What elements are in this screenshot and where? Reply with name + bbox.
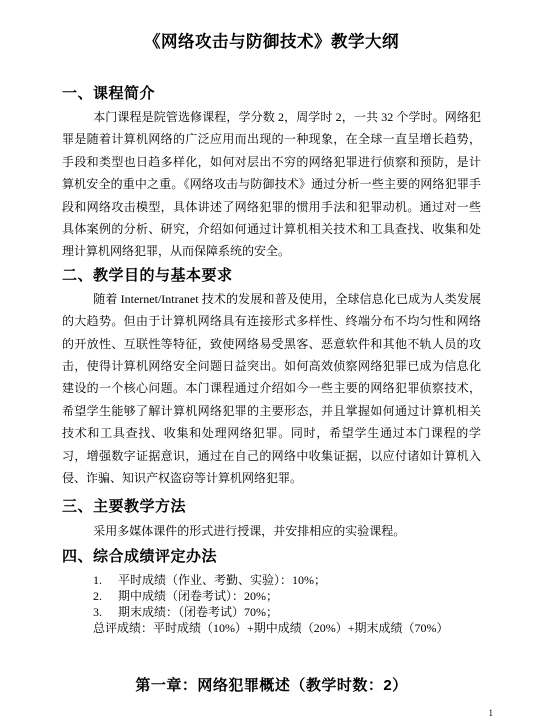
section-teaching-methods: 三、主要教学方法 采用多媒体课件的形式进行授课，并安排相应的实验课程。 [62, 497, 481, 542]
list-item-number: 2. [93, 588, 118, 604]
section-heading-teaching-objectives: 二、教学目的与基本要求 [62, 266, 481, 285]
section-heading-teaching-methods: 三、主要教学方法 [62, 497, 481, 516]
grading-list: 1. 平时成绩（作业、考勤、实验）：10%； 2. 期中成绩（闭卷考试）：20%… [62, 572, 481, 636]
section-course-intro: 一、课程简介 本门课程是院管选修课程，学分数 2，周学时 2，一共 32 个学时… [62, 84, 481, 263]
list-item-text: 期末成绩：（闭卷考试）70%； [118, 604, 278, 620]
list-item-midterm-grade: 2. 期中成绩（闭卷考试）：20%； [93, 588, 481, 604]
document-content: 《网络攻击与防御技术》教学大纲 一、课程简介 本门课程是院管选修课程，学分数 2… [0, 0, 541, 696]
list-item-regular-grade: 1. 平时成绩（作业、考勤、实验）：10%； [93, 572, 481, 588]
section-body-teaching-methods: 采用多媒体课件的形式进行授课，并安排相应的实验课程。 [62, 520, 481, 542]
document-page: 《网络攻击与防御技术》教学大纲 一、课程简介 本门课程是院管选修课程，学分数 2… [0, 0, 541, 726]
section-teaching-objectives: 二、教学目的与基本要求 随着 Internet/Intranet 技术的发展和普… [62, 266, 481, 490]
list-item-number: 3. [93, 604, 118, 620]
list-item-final-grade: 3. 期末成绩：（闭卷考试）70%； [93, 604, 481, 620]
grade-summary-line: 总评成绩：平时成绩（10%）+期中成绩（20%）+期末成绩（70%） [93, 620, 481, 636]
list-item-text: 平时成绩（作业、考勤、实验）：10%； [118, 572, 326, 588]
section-body-teaching-objectives: 随着 Internet/Intranet 技术的发展和普及使用，全球信息化已成为… [62, 288, 481, 490]
page-number: 1 [489, 709, 494, 718]
document-title: 《网络攻击与防御技术》教学大纲 [62, 0, 481, 53]
section-grading-policy: 四、综合成绩评定办法 1. 平时成绩（作业、考勤、实验）：10%； 2. 期中成… [62, 547, 481, 636]
list-item-number: 1. [93, 572, 118, 588]
section-heading-course-intro: 一、课程简介 [62, 84, 481, 103]
section-heading-grading-policy: 四、综合成绩评定办法 [62, 547, 481, 566]
chapter-heading: 第一章：网络犯罪概述（教学时数：2） [62, 676, 481, 696]
list-item-text: 期中成绩（闭卷考试）：20%； [118, 588, 278, 604]
section-body-course-intro: 本门课程是院管选修课程，学分数 2，周学时 2，一共 32 个学时。网络犯罪是随… [62, 106, 481, 263]
